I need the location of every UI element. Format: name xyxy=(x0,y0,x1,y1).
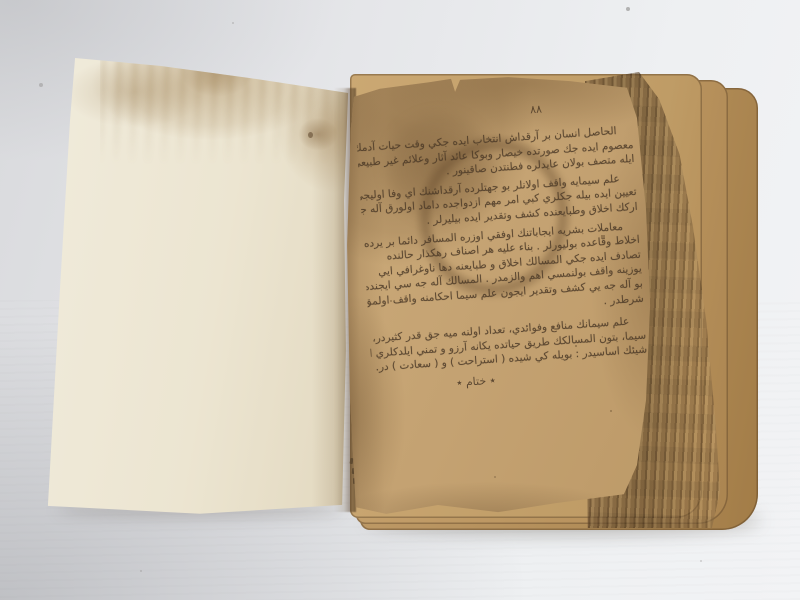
page-number: ٨٨ xyxy=(516,102,557,118)
photo-scene: ٨٨ الحاصل انسان بر آرقداش انتخاب ايده جك… xyxy=(0,0,800,600)
dust-specks xyxy=(0,0,2,2)
left-blank-page xyxy=(40,50,356,518)
stain-spot xyxy=(308,132,313,138)
ottoman-text-block: الحاصل انسان بر آرقداش انتخاب ايده جكي و… xyxy=(357,123,649,391)
